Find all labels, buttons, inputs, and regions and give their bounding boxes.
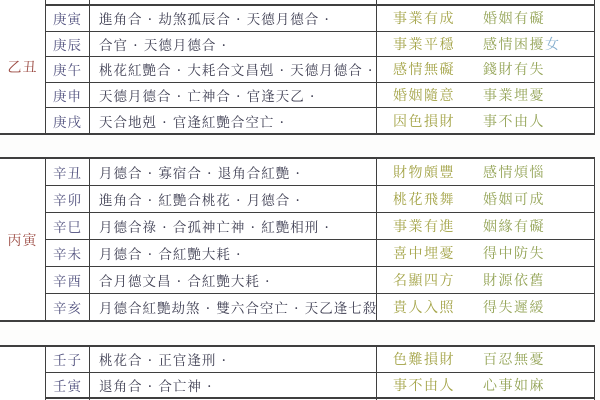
- partial-branch-cell: [46, 0, 90, 4]
- fortune-result: 名顯四方 財源依舊: [377, 267, 594, 293]
- fortune-result: 感情無礙 錢財有失: [377, 57, 594, 82]
- fortune-phrase-1: 事業有成: [393, 8, 455, 28]
- section-rows: 辛丑 月德合 · 寡宿合 · 退角合紅艷 · 財物頗豐 感情煩惱 辛卯 進角合 …: [46, 159, 594, 320]
- fortune-result: 貴人入照 得失遲緩: [377, 294, 594, 320]
- combination-desc: 月德合 · 寡宿合 · 退角合紅艷 ·: [90, 159, 377, 185]
- fortune-phrase-2: 感情煩惱: [483, 162, 545, 182]
- section-rows: 庚寅 進角合 · 劫煞孤辰合 · 天德月德合 · 事業有成 婚姻有礙 庚辰 合官…: [46, 0, 594, 133]
- table-row: 庚戌 天合地剋 · 官逢紅艷合空亡 · 因色損財 事不由人: [46, 107, 594, 133]
- fortune-phrase-2: 心事如麻: [483, 375, 545, 395]
- table-row: 辛未 月德合 · 合紅艷大耗 · 喜中埋憂 得中防失: [46, 239, 594, 266]
- section-yichou: 乙丑 庚寅 進角合 · 劫煞孤辰合 · 天德月德合 · 事業有成 婚姻有礙 庚辰…: [0, 0, 595, 135]
- stem-branch-label: 丙寅: [0, 159, 46, 320]
- fortune-phrase-1: 事業有進: [393, 216, 455, 236]
- stem-branch-label: 乙丑: [0, 0, 46, 133]
- fortune-phrase-2: 錢財有失: [483, 59, 545, 79]
- fortune-phrase-1: 貴人入照: [393, 297, 455, 317]
- fortune-phrase-1: 事不由人: [393, 375, 455, 395]
- combination-desc: 月德合祿 · 合孤神亡神 · 紅艷相刑 ·: [90, 213, 377, 239]
- fortune-phrase-2: 百忍無憂: [483, 349, 545, 369]
- table-row: 壬寅 退角合 · 合亡神 · 事不由人 心事如麻: [46, 372, 594, 398]
- branch-label: 辛丑: [46, 159, 90, 185]
- combination-desc: 進角合 · 劫煞孤辰合 · 天德月德合 ·: [90, 6, 377, 31]
- astrology-table-page: 乙丑 庚寅 進角合 · 劫煞孤辰合 · 天德月德合 · 事業有成 婚姻有礙 庚辰…: [0, 0, 600, 400]
- branch-label: 辛酉: [46, 267, 90, 293]
- table-row: 辛卯 進角合 · 紅艷合桃花 · 月德合 · 桃花飛舞 婚姻可成: [46, 185, 594, 212]
- table-row: 辛亥 月德合紅艷劫煞 · 雙六合空亡 · 天乙逢七殺 · 貴人入照 得失遲緩: [46, 293, 594, 320]
- fortune-phrase-1: 因色損財: [393, 111, 455, 131]
- branch-label: 庚申: [46, 83, 90, 108]
- combination-desc: 合官 · 天德月德合 ·: [90, 32, 377, 57]
- fortune-phrase-2: 婚姻可成: [483, 189, 545, 209]
- combination-desc: 天合地剋 · 官逢紅艷合空亡 ·: [90, 108, 377, 133]
- fortune-result: 喜中埋憂 得中防失: [377, 240, 594, 266]
- fortune-phrase-1: 色難損財: [393, 349, 455, 369]
- combination-desc: 月德合 · 合紅艷大耗 ·: [90, 240, 377, 266]
- branch-label: 辛未: [46, 240, 90, 266]
- fortune-phrase-1: 婚姻隨意: [393, 85, 455, 105]
- table-row: 庚寅 進角合 · 劫煞孤辰合 · 天德月德合 · 事業有成 婚姻有礙: [46, 6, 594, 31]
- fortune-result: 事業有成 婚姻有礙: [377, 6, 594, 31]
- table-row: 壬子 桃花合 · 正官逢刑 · 色難損財 百忍無憂: [46, 347, 594, 372]
- fortune-result: 色難損財 百忍無憂: [377, 347, 594, 372]
- combination-desc: 桃花紅艷合 · 大耗合文昌剋 · 天德月德合 ·: [90, 57, 377, 82]
- fortune-phrase-2: 事不由人: [483, 111, 545, 131]
- fortune-phrase-2: 姻緣有礙: [483, 216, 545, 236]
- branch-label: 庚戌: [46, 108, 90, 133]
- table-row: 庚申 天德月德合 · 亡神合 · 官逢天乙 · 婚姻隨意 事業埋憂: [46, 82, 594, 108]
- combination-desc: 退角合 · 合亡神 ·: [90, 373, 377, 398]
- fortune-phrase-1: 喜中埋憂: [393, 243, 455, 263]
- section-bingyin: 丙寅 辛丑 月德合 · 寡宿合 · 退角合紅艷 · 財物頗豐 感情煩惱 辛卯 進…: [0, 157, 595, 322]
- branch-label: 辛亥: [46, 294, 90, 320]
- fortune-result: 桃花飛舞 婚姻可成: [377, 186, 594, 212]
- fortune-phrase-1: 名顯四方: [393, 270, 455, 290]
- branch-label: 庚辰: [46, 32, 90, 57]
- section-rows: 壬子 桃花合 · 正官逢刑 · 色難損財 百忍無憂 壬寅 退角合 · 合亡神 ·…: [46, 347, 594, 400]
- fortune-result: 事業平穩 感情困擾 女: [377, 32, 594, 57]
- combination-desc: 桃花合 · 正官逢刑 ·: [90, 347, 377, 372]
- branch-label: 庚午: [46, 57, 90, 82]
- fortune-phrase-2: 得失遲緩: [483, 297, 545, 317]
- fortune-phrase-1: 財物頗豐: [393, 162, 455, 182]
- gender-mark: 女: [545, 34, 561, 54]
- fortune-result: 婚姻隨意 事業埋憂: [377, 83, 594, 108]
- combination-desc: 天德月德合 · 亡神合 · 官逢天乙 ·: [90, 83, 377, 108]
- stem-branch-label: [0, 347, 46, 400]
- fortune-phrase-1: 感情無礙: [393, 59, 455, 79]
- fortune-result: 事業有進 姻緣有礙: [377, 213, 594, 239]
- fortune-result: 因色損財 事不由人: [377, 108, 594, 133]
- section-gap: [0, 135, 600, 157]
- fortune-phrase-1: 事業平穩: [393, 34, 455, 54]
- table-row: 辛巳 月德合祿 · 合孤神亡神 · 紅艷相刑 · 事業有進 姻緣有礙: [46, 212, 594, 239]
- table-row: 庚午 桃花紅艷合 · 大耗合文昌剋 · 天德月德合 · 感情無礙 錢財有失: [46, 56, 594, 82]
- combination-desc: 月德合紅艷劫煞 · 雙六合空亡 · 天乙逢七殺 ·: [90, 294, 377, 320]
- fortune-phrase-2: 婚姻有礙: [483, 8, 545, 28]
- table-row: 庚辰 合官 · 天德月德合 · 事業平穩 感情困擾 女: [46, 31, 594, 57]
- fortune-phrase-2: 得中防失: [483, 243, 545, 263]
- fortune-result: 事不由人 心事如麻: [377, 373, 594, 398]
- fortune-phrase-2: 感情困擾: [483, 34, 545, 54]
- fortune-phrase-2: 財源依舊: [483, 270, 545, 290]
- branch-label: 辛巳: [46, 213, 90, 239]
- combination-desc: 進角合 · 紅艷合桃花 · 月德合 ·: [90, 186, 377, 212]
- branch-label: 庚寅: [46, 6, 90, 31]
- partial-result-cell: [377, 0, 594, 4]
- fortune-phrase-2: 事業埋憂: [483, 85, 545, 105]
- fortune-phrase-1: 桃花飛舞: [393, 189, 455, 209]
- fortune-result: 財物頗豐 感情煩惱: [377, 159, 594, 185]
- table-row: 辛丑 月德合 · 寡宿合 · 退角合紅艷 · 財物頗豐 感情煩惱: [46, 159, 594, 185]
- section-renzi: 壬子 桃花合 · 正官逢刑 · 色難損財 百忍無憂 壬寅 退角合 · 合亡神 ·…: [0, 345, 595, 400]
- partial-desc-cell: [90, 0, 377, 4]
- table-row: 辛酉 合月德文昌 · 合紅艷大耗 · 名顯四方 財源依舊: [46, 266, 594, 293]
- branch-label: 辛卯: [46, 186, 90, 212]
- section-gap: [0, 322, 600, 345]
- branch-label: 壬子: [46, 347, 90, 372]
- branch-label: 壬寅: [46, 373, 90, 398]
- combination-desc: 合月德文昌 · 合紅艷大耗 ·: [90, 267, 377, 293]
